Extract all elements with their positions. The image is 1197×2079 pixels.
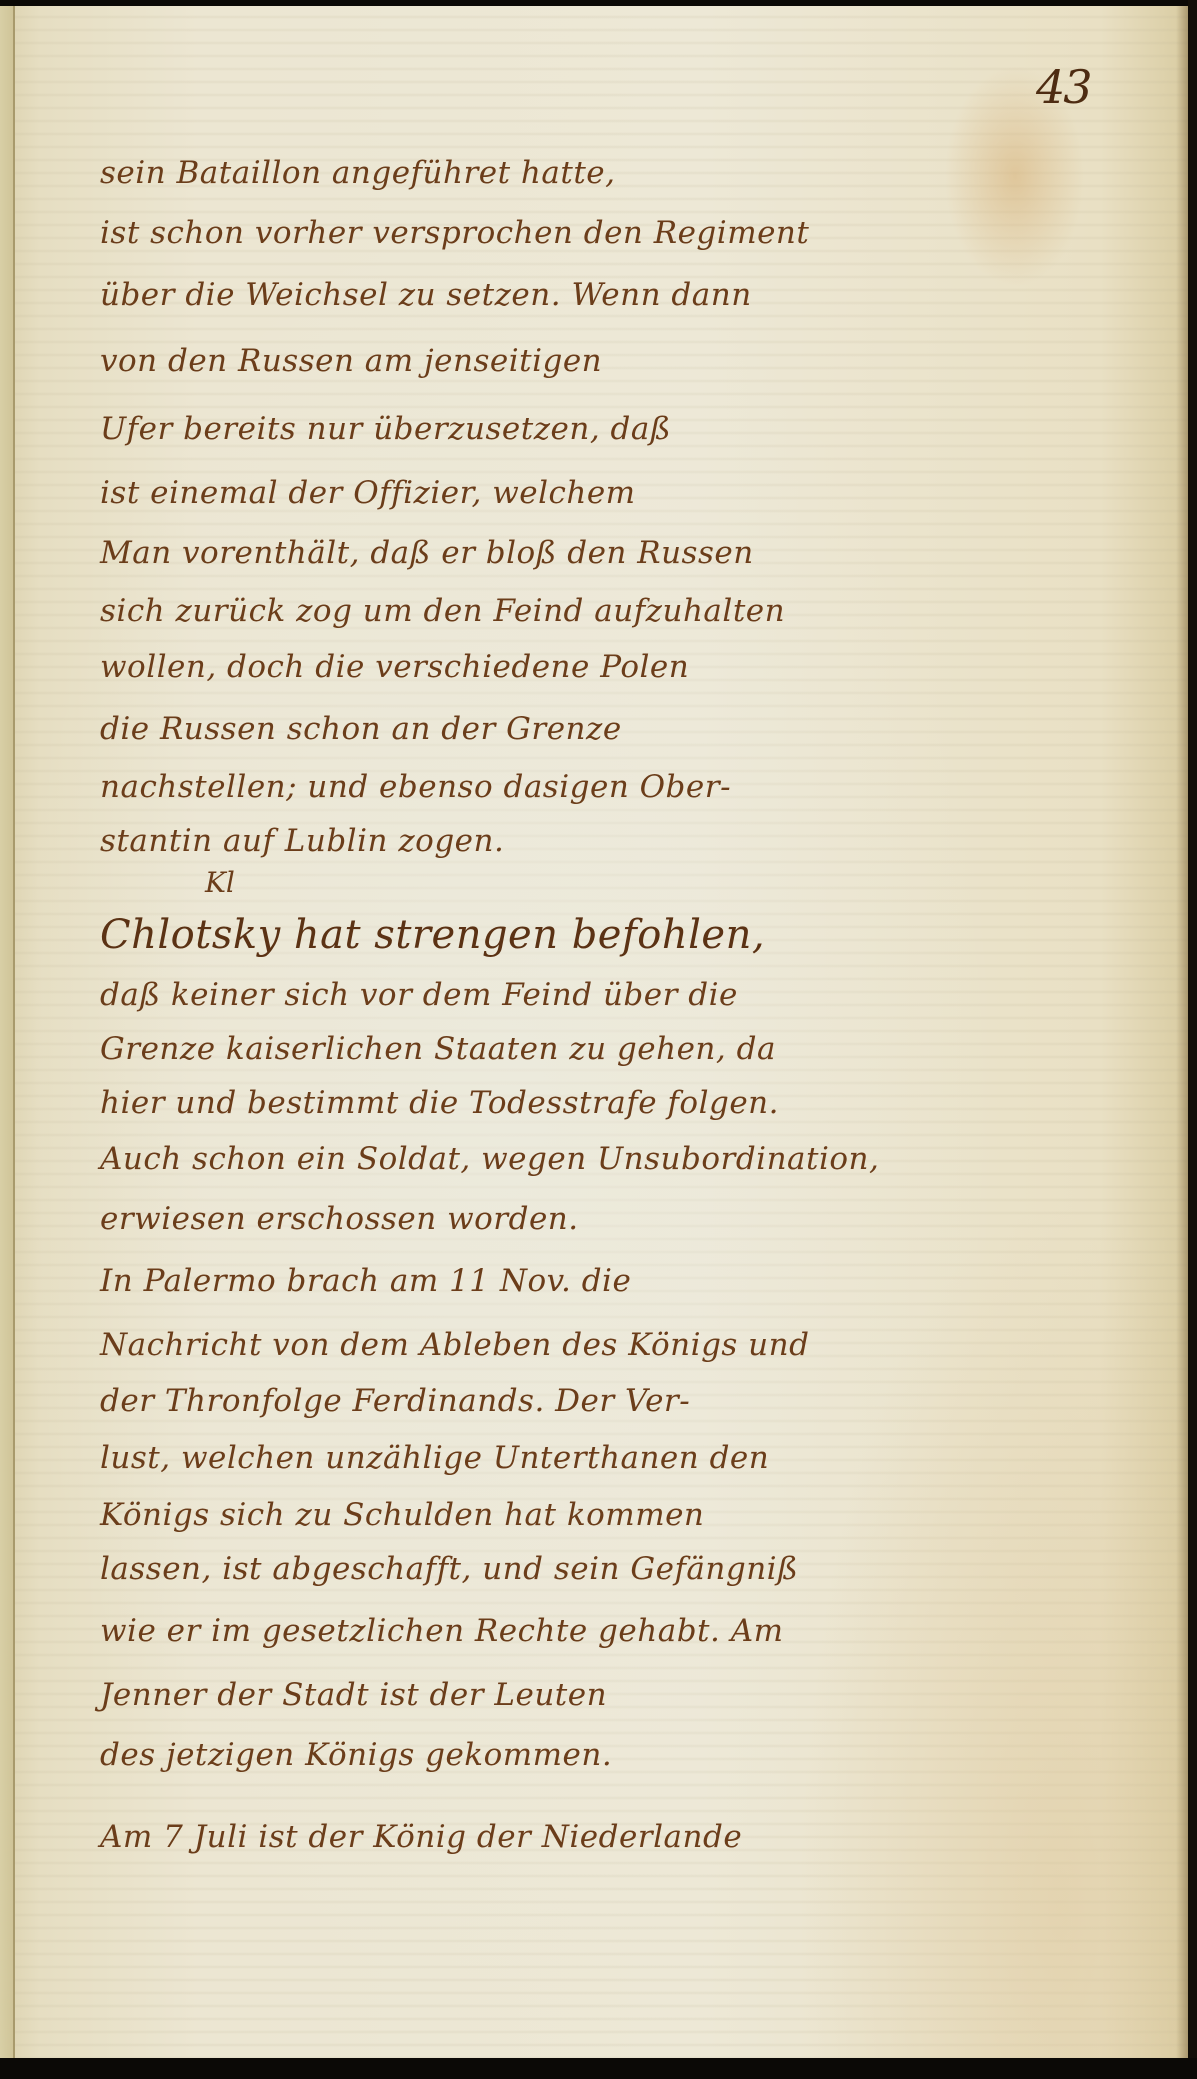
text-line-8: sich zurück zog um den Feind aufzuhalten xyxy=(100,596,785,627)
manuscript-scan: 43 sein Bataillon angeführet hatte, ist … xyxy=(0,0,1197,2079)
text-line-23: Königs sich zu Schulden hat kommen xyxy=(100,1500,704,1531)
text-line-22: lust, welchen unzählige Unterthanen den xyxy=(100,1443,769,1474)
text-line-1: sein Bataillon angeführet hatte, xyxy=(100,158,616,189)
text-line-9: wollen, doch die verschiedene Polen xyxy=(100,652,689,683)
text-line-26: Jenner der Stadt ist der Leuten xyxy=(100,1680,607,1711)
text-line-17: Auch schon ein Soldat, wegen Unsubordina… xyxy=(100,1144,879,1175)
text-line-11: nachstellen; und ebenso dasigen Ober- xyxy=(100,772,731,803)
text-line-19: In Palermo brach am 11 Nov. die xyxy=(100,1266,631,1297)
text-line-4: von den Russen am jenseitigen xyxy=(100,346,602,377)
page-number: 43 xyxy=(1036,60,1091,114)
text-line-14: daß keiner sich vor dem Feind über die xyxy=(100,980,738,1011)
text-line-25: wie er im gesetzlichen Rechte gehabt. Am xyxy=(100,1616,784,1647)
text-line-5: Ufer bereits nur überzusetzen, daß xyxy=(100,414,671,445)
text-line-15: Grenze kaiserlichen Staaten zu gehen, da xyxy=(100,1034,776,1065)
text-line-24: lassen, ist abgeschafft, und sein Gefäng… xyxy=(100,1554,798,1585)
binding-edge xyxy=(0,6,13,2058)
binding-fold-line xyxy=(13,6,15,2058)
text-line-16: hier und bestimmt die Todesstrafe folgen… xyxy=(100,1088,779,1119)
text-line-18: erwiesen erschossen worden. xyxy=(100,1204,579,1235)
text-line-21: der Thronfolge Ferdinands. Der Ver- xyxy=(100,1386,690,1417)
text-line-10: die Russen schon an der Grenze xyxy=(100,714,622,745)
page-edge-shadow xyxy=(1176,6,1188,2058)
scan-right-border xyxy=(1188,0,1197,2079)
correction-note: Kl xyxy=(205,866,235,899)
text-line-12: stantin auf Lublin zogen. xyxy=(100,826,504,857)
text-line-28: Am 7 Juli ist der König der Niederlande xyxy=(100,1822,742,1853)
text-line-20: Nachricht von dem Ableben des Königs und xyxy=(100,1330,809,1361)
text-line-6: ist einemal der Offizier, welchem xyxy=(100,478,636,509)
text-line-2: ist schon vorher versprochen den Regimen… xyxy=(100,218,809,249)
text-line-13: Chlotsky hat strengen befohlen, xyxy=(100,915,765,955)
scan-bottom-border xyxy=(0,2058,1197,2079)
text-line-3: über die Weichsel zu setzen. Wenn dann xyxy=(100,280,752,311)
text-line-7: Man vorenthält, daß er bloß den Russen xyxy=(100,538,754,569)
text-line-27: des jetzigen Königs gekommen. xyxy=(100,1740,612,1771)
